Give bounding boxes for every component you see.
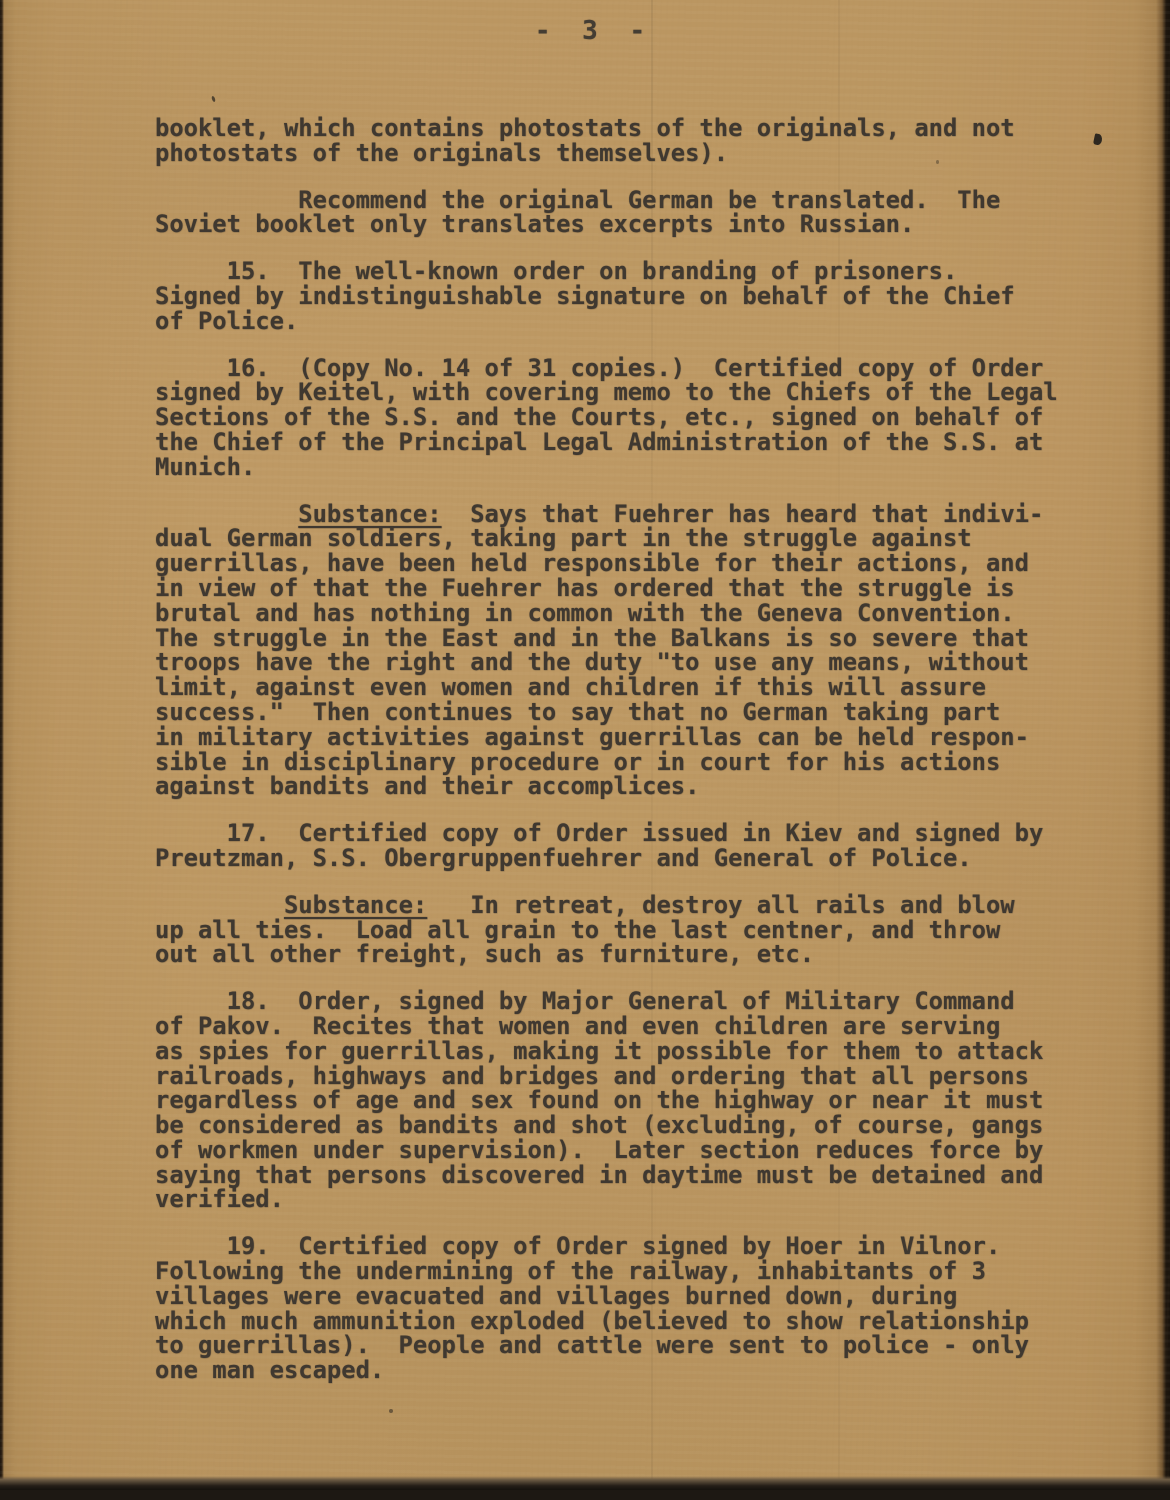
underlined-label: Substance: xyxy=(298,500,441,528)
paragraph-6: 17. Certified copy of Order issued in Ki… xyxy=(155,821,1095,871)
paragraph-9: 19. Certified copy of Order signed by Ho… xyxy=(155,1234,1095,1383)
underlined-label: Substance: xyxy=(284,891,427,919)
paper-sheet: - 3 - booklet, which contains photostats… xyxy=(0,0,1170,1490)
paragraph-8: 18. Order, signed by Major General of Mi… xyxy=(155,989,1095,1212)
paper-bottom-edge xyxy=(0,1476,1170,1490)
ink-speck xyxy=(389,1409,393,1413)
paragraph-3: 15. The well-known order on branding of … xyxy=(155,259,1095,333)
paragraph-5: Substance: Says that Fuehrer has heard t… xyxy=(155,502,1095,800)
ink-speck xyxy=(211,96,216,103)
document-text: booklet, which contains photostats of th… xyxy=(155,116,1095,1383)
paragraph-4: 16. (Copy No. 14 of 31 copies.) Certifie… xyxy=(155,356,1095,480)
page-number: - 3 - xyxy=(0,16,1170,46)
paragraph-1: booklet, which contains photostats of th… xyxy=(155,116,1095,166)
paragraph-2: Recommend the original German be transla… xyxy=(155,188,1095,238)
scanned-document: - 3 - booklet, which contains photostats… xyxy=(0,0,1170,1500)
paragraph-7: Substance: In retreat, destroy all rails… xyxy=(155,893,1095,967)
